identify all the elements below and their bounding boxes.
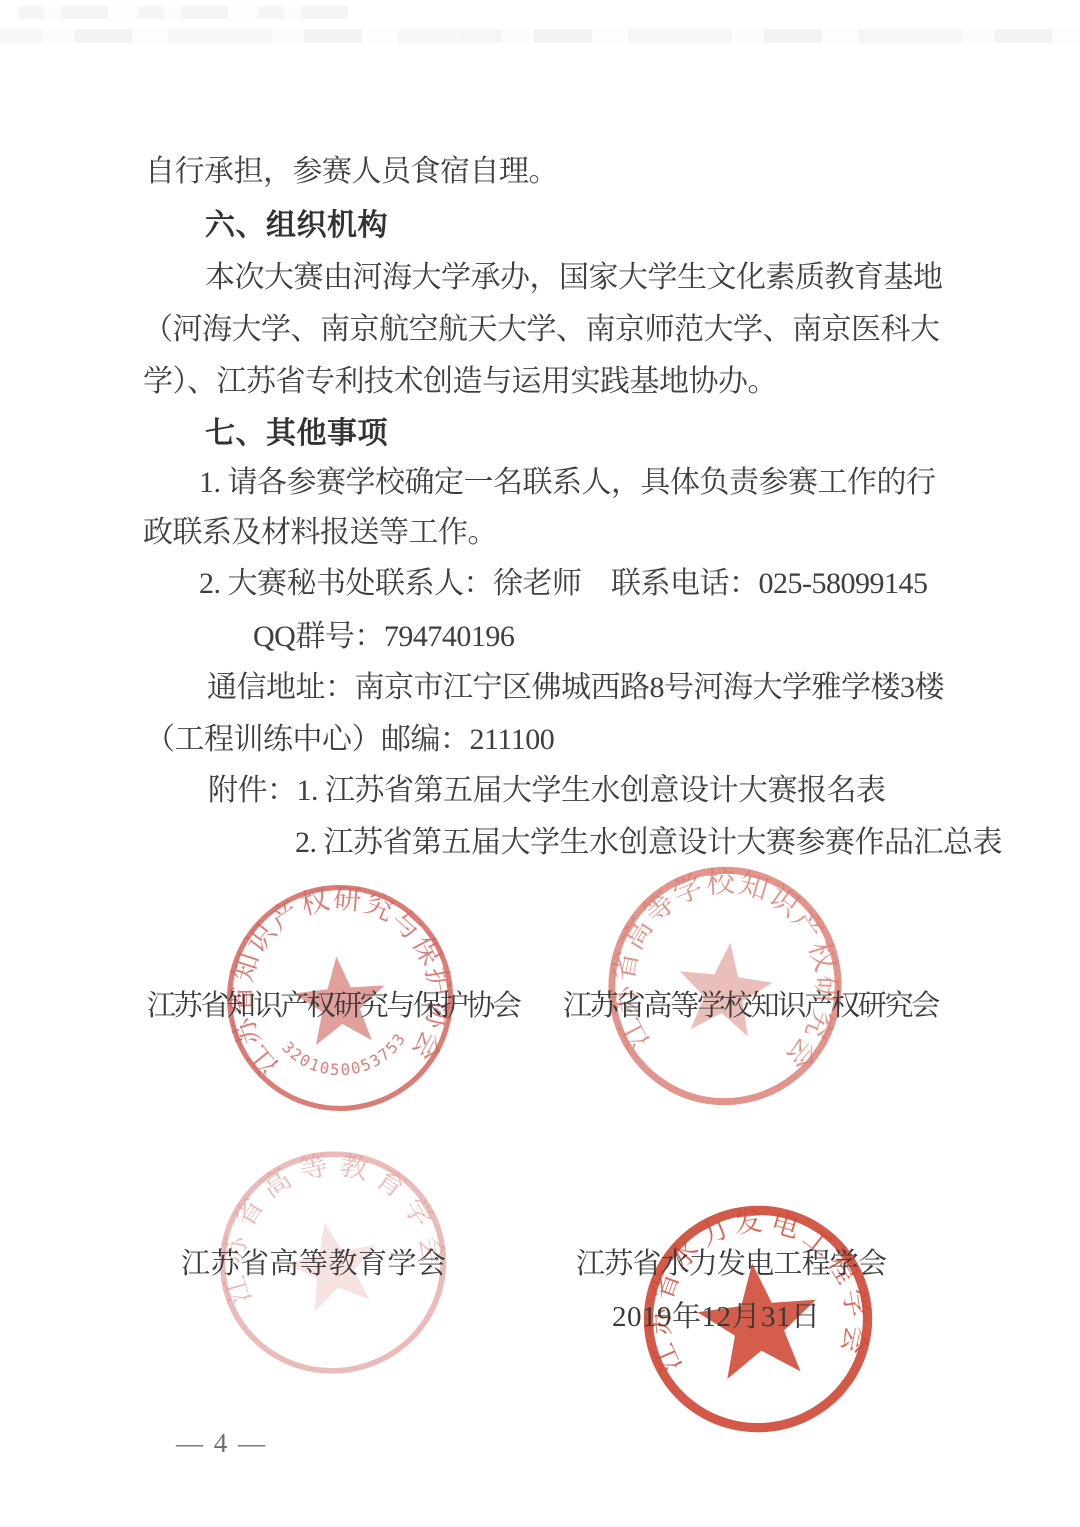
- body-line: 本次大赛由河海大学承办，国家大学生文化素质教育基地: [205, 259, 943, 297]
- document-page: 自行承担，参赛人员食宿自理。 六、组织机构 本次大赛由河海大学承办，国家大学生文…: [0, 0, 1080, 1527]
- document-date: 2019年12月31日: [612, 1294, 821, 1335]
- body-line: （河海大学、南京航空航天大学、南京师范大学、南京医科大: [143, 311, 940, 349]
- seal-caption: 江苏省高等教育学会: [181, 1241, 447, 1282]
- scan-noise-band: [18, 6, 348, 19]
- section-heading: 六、组织机构: [205, 207, 388, 245]
- body-line: （工程训练中心）邮编：211100: [145, 721, 554, 759]
- body-line: 附件：1. 江苏省第五届大学生水创意设计大赛报名表: [208, 772, 886, 810]
- body-line: 2. 大赛秘书处联系人：徐老师 联系电话：025-58099145: [199, 565, 928, 603]
- body-line: 通信地址：南京市江宁区佛城西路8号河海大学雅学楼3楼: [207, 669, 944, 707]
- body-line: QQ群号：794740196: [253, 618, 514, 656]
- page-number: — 4 —: [176, 1428, 267, 1459]
- section-heading: 七、其他事项: [205, 415, 388, 453]
- body-line: 1. 请各参赛学校确定一名联系人，具体负责参赛工作的行: [199, 464, 936, 502]
- seal-caption: 江苏省高等学校知识产权研究会: [563, 983, 938, 1024]
- body-line: 政联系及材料报送等工作。: [143, 514, 497, 552]
- svg-text:3201050053753: 3201050053753: [277, 1028, 412, 1085]
- body-line: 自行承担，参赛人员食宿自理。: [145, 153, 558, 191]
- seal-serial-number: 3201050053753: [277, 1028, 412, 1085]
- body-line: 学）、江苏省专利技术创造与运用实践基地协办。: [143, 363, 777, 401]
- seal-caption: 江苏省知识产权研究与保护协会: [147, 983, 519, 1024]
- scan-noise-band: [0, 29, 1080, 43]
- seal-caption: 江苏省水力发电工程学会: [576, 1241, 886, 1282]
